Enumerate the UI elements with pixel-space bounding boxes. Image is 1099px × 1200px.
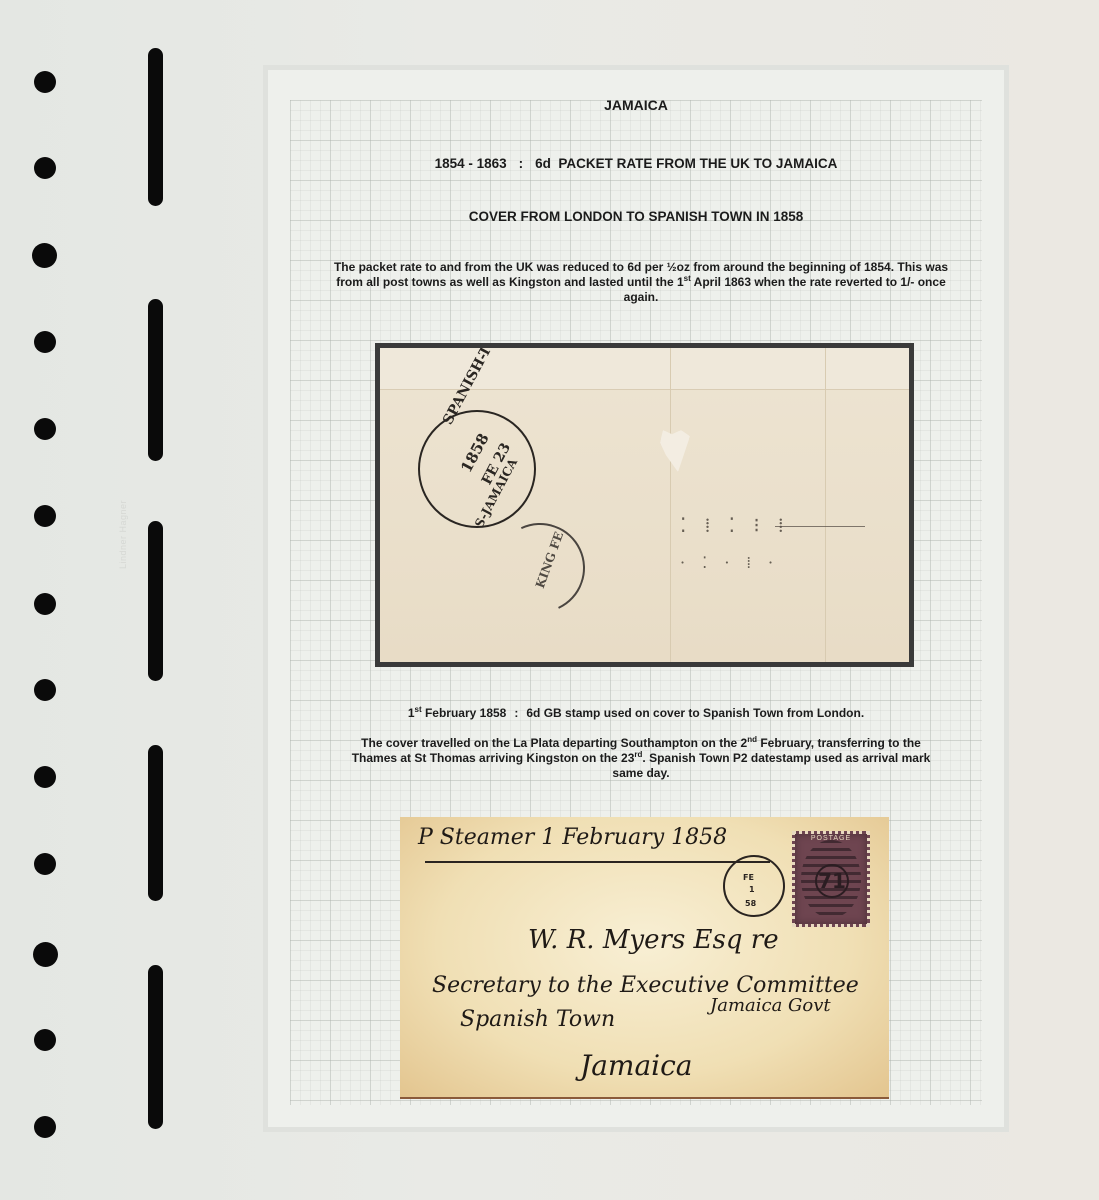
binder-slot [148,521,163,681]
spanish-town-postmark [418,410,536,528]
london-datestamp: FE 1 58 [723,855,785,917]
cover-back-mount: SPANISH-TOWN 1858 FE 23 S-JAMAICA KING F… [375,343,914,667]
binder-hole [34,71,56,93]
route-text-3: . Spanish Town P2 datestamp used as arri… [612,751,930,780]
binder-hole [34,418,56,440]
binder-hole [34,1116,56,1138]
fold-line [825,348,826,662]
caption-separator: : [514,706,518,720]
page-title: JAMAICA [268,97,1004,113]
binder-slot [148,48,163,206]
subtitle-separator: : [519,156,524,171]
binder-hole [33,942,58,967]
intro-paragraph: The packet rate to and from the UK was r… [323,260,959,305]
binder-hole [34,157,56,179]
binder-hole [34,766,56,788]
manuscript-line [775,526,865,527]
page-subtitle: 1854 - 1863:6d PACKET RATE FROM THE UK T… [268,156,1004,171]
binder-brand-text: Lindner Hagner [118,500,128,569]
seal-tear [660,430,690,472]
binder-hole [32,243,57,268]
addressee-town: Spanish Town [460,1007,615,1032]
cover-front-image: P Steamer 1 February 1858 FE 1 58 POSTAG… [400,817,889,1099]
binder-hole [34,853,56,875]
binder-slot [148,965,163,1129]
steamer-endorsement: P Steamer 1 February 1858 [418,825,727,850]
caption-text: 6d GB stamp used on cover to Spanish Tow… [526,706,864,720]
route-text-1: The cover travelled on the La Plata depa… [361,736,747,750]
cover-caption-route: The cover travelled on the La Plata depa… [343,736,939,781]
manuscript-marking: ⁚ ⁞ ⁚ ⁝ ⁞ [680,513,790,538]
binder-hole [34,505,56,527]
binder-hole [34,679,56,701]
binder-hole [34,1029,56,1051]
fold-line [670,348,671,662]
cover-heading: COVER FROM LONDON TO SPANISH TOWN IN 185… [268,209,1004,224]
addressee-name: W. R. Myers Esq re [528,925,779,955]
route-sup-1: nd [747,735,757,744]
caption-date-num: 1 [408,706,415,720]
subtitle-description: 6d PACKET RATE FROM THE UK TO JAMAICA [535,156,837,171]
binder-slot [148,745,163,901]
addressee-govt: Jamaica Govt [710,995,831,1016]
subtitle-period: 1854 - 1863 [435,156,507,171]
manuscript-marking: · ⁚ · ⁞ · [680,553,779,573]
cancel-numeral: 71 [815,864,849,898]
cover-caption-date: 1st February 1858:6d GB stamp used on co… [268,706,1004,720]
addressee-country: Jamaica [580,1049,693,1082]
gb-6d-stamp: POSTAGE 71 [792,831,870,927]
album-page-frame: JAMAICA 1854 - 1863:6d PACKET RATE FROM … [263,65,1009,1132]
binder-hole [34,331,56,353]
intro-sup: st [684,274,691,283]
caption-date-rest: February 1858 [422,706,507,720]
endorsement-underline [425,861,770,863]
caption-date-sup: st [415,705,422,714]
cover-back-image: SPANISH-TOWN 1858 FE 23 S-JAMAICA KING F… [380,348,909,662]
binder-hole [34,593,56,615]
binder-slot [148,299,163,461]
